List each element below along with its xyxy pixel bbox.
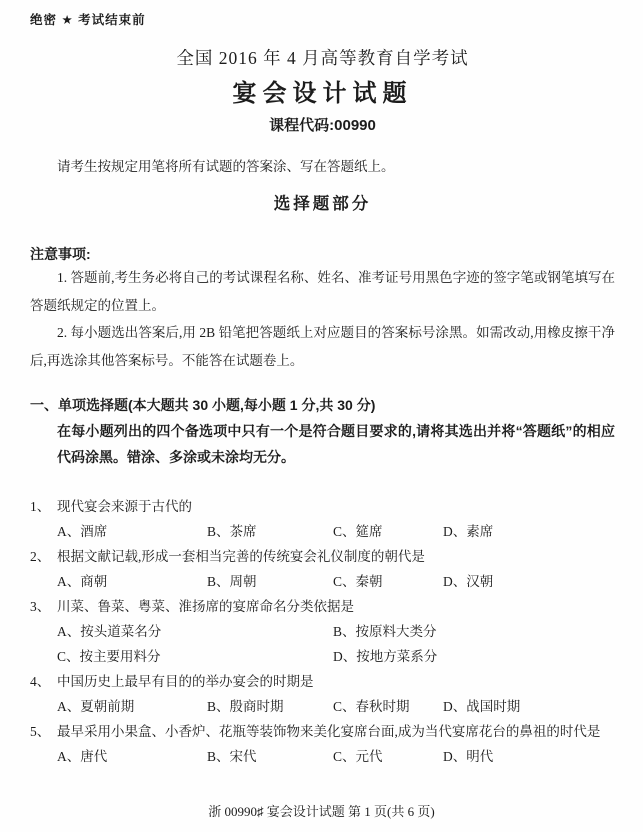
question-2-option-d: D、汉朝 bbox=[443, 569, 615, 594]
part-one-subheading: 在每小题列出的四个备选项中只有一个是符合题目要求的,请将其选出并将“答题纸”的相… bbox=[30, 418, 615, 470]
question-5-options: A、唐代 B、宋代 C、元代 D、明代 bbox=[57, 744, 615, 769]
part-one-heading: 一、单项选择题(本大题共 30 小题,每小题 1 分,共 30 分) bbox=[30, 392, 615, 418]
question-4-text: 中国历史上最早有目的的举办宴会的时期是 bbox=[57, 669, 615, 694]
classification-label: 绝密 ★ 考试结束前 bbox=[30, 12, 615, 28]
question-4: 4、 中国历史上最早有目的的举办宴会的时期是 A、夏朝前期 B、殷商时期 C、春… bbox=[30, 669, 615, 719]
exam-session-title: 全国 2016 年 4 月高等教育自学考试 bbox=[30, 46, 615, 70]
question-4-number: 4、 bbox=[30, 669, 50, 694]
question-3-option-d: D、按地方菜系分 bbox=[333, 644, 615, 669]
question-3-text: 川菜、鲁菜、粤菜、淮扬席的宴席命名分类依据是 bbox=[57, 594, 615, 619]
question-4-option-b: B、殷商时期 bbox=[207, 694, 333, 719]
question-5-option-a: A、唐代 bbox=[57, 744, 207, 769]
question-3: 3、 川菜、鲁菜、粤菜、淮扬席的宴席命名分类依据是 A、按头道菜名分 B、按原料… bbox=[30, 594, 615, 669]
question-list: 1、 现代宴会来源于古代的 A、酒席 B、茶席 C、筵席 D、素席 2、 根据文… bbox=[30, 494, 615, 769]
question-2-option-c: C、秦朝 bbox=[333, 569, 443, 594]
question-1-options: A、酒席 B、茶席 C、筵席 D、素席 bbox=[57, 519, 615, 544]
exam-paper-page: 绝密 ★ 考试结束前 全国 2016 年 4 月高等教育自学考试 宴会设计试题 … bbox=[0, 0, 643, 832]
question-1-option-a: A、酒席 bbox=[57, 519, 207, 544]
question-5-option-b: B、宋代 bbox=[207, 744, 333, 769]
notes-title: 注意事项: bbox=[30, 244, 615, 264]
question-4-options: A、夏朝前期 B、殷商时期 C、春秋时期 D、战国时期 bbox=[57, 694, 615, 719]
question-2-option-a: A、商朝 bbox=[57, 569, 207, 594]
question-3-options: A、按头道菜名分 B、按原料大类分 C、按主要用料分 D、按地方菜系分 bbox=[57, 619, 615, 669]
question-4-option-c: C、春秋时期 bbox=[333, 694, 443, 719]
note-item-2: 2. 每小题选出答案后,用 2B 铅笔把答题纸上对应题目的答案标号涂黑。如需改动… bbox=[30, 319, 615, 374]
question-1-option-c: C、筵席 bbox=[333, 519, 443, 544]
course-code: 课程代码:00990 bbox=[30, 116, 615, 136]
candidate-instruction: 请考生按规定用笔将所有试题的答案涂、写在答题纸上。 bbox=[30, 157, 615, 177]
question-2-options: A、商朝 B、周朝 C、秦朝 D、汉朝 bbox=[57, 569, 615, 594]
question-2-option-b: B、周朝 bbox=[207, 569, 333, 594]
question-1-option-d: D、素席 bbox=[443, 519, 615, 544]
question-1-option-b: B、茶席 bbox=[207, 519, 333, 544]
note-item-1: 1. 答题前,考生务必将自己的考试课程名称、姓名、准考证号用黑色字迹的签字笔或钢… bbox=[30, 264, 615, 319]
question-4-option-d: D、战国时期 bbox=[443, 694, 615, 719]
question-2: 2、 根据文献记载,形成一套相当完善的传统宴会礼仪制度的朝代是 A、商朝 B、周… bbox=[30, 544, 615, 594]
question-3-option-a: A、按头道菜名分 bbox=[57, 619, 333, 644]
question-3-option-c: C、按主要用料分 bbox=[57, 644, 333, 669]
question-5-text: 最早采用小果盒、小香炉、花瓶等装饰物来美化宴席台面,成为当代宴席花台的鼻祖的时代… bbox=[57, 719, 615, 744]
section-title: 选择题部分 bbox=[30, 192, 615, 216]
question-1-text: 现代宴会来源于古代的 bbox=[57, 494, 615, 519]
question-5-number: 5、 bbox=[30, 719, 50, 744]
question-1-number: 1、 bbox=[30, 494, 50, 519]
question-2-text: 根据文献记载,形成一套相当完善的传统宴会礼仪制度的朝代是 bbox=[57, 544, 615, 569]
question-5-option-d: D、明代 bbox=[443, 744, 615, 769]
question-3-number: 3、 bbox=[30, 594, 50, 619]
page-footer: 浙 00990♯ 宴会设计试题 第 1 页(共 6 页) bbox=[0, 803, 643, 821]
question-3-option-b: B、按原料大类分 bbox=[333, 619, 615, 644]
question-4-option-a: A、夏朝前期 bbox=[57, 694, 207, 719]
question-5-option-c: C、元代 bbox=[333, 744, 443, 769]
paper-title: 宴会设计试题 bbox=[30, 78, 615, 110]
question-1: 1、 现代宴会来源于古代的 A、酒席 B、茶席 C、筵席 D、素席 bbox=[30, 494, 615, 544]
question-2-number: 2、 bbox=[30, 544, 50, 569]
question-5: 5、 最早采用小果盒、小香炉、花瓶等装饰物来美化宴席台面,成为当代宴席花台的鼻祖… bbox=[30, 719, 615, 769]
